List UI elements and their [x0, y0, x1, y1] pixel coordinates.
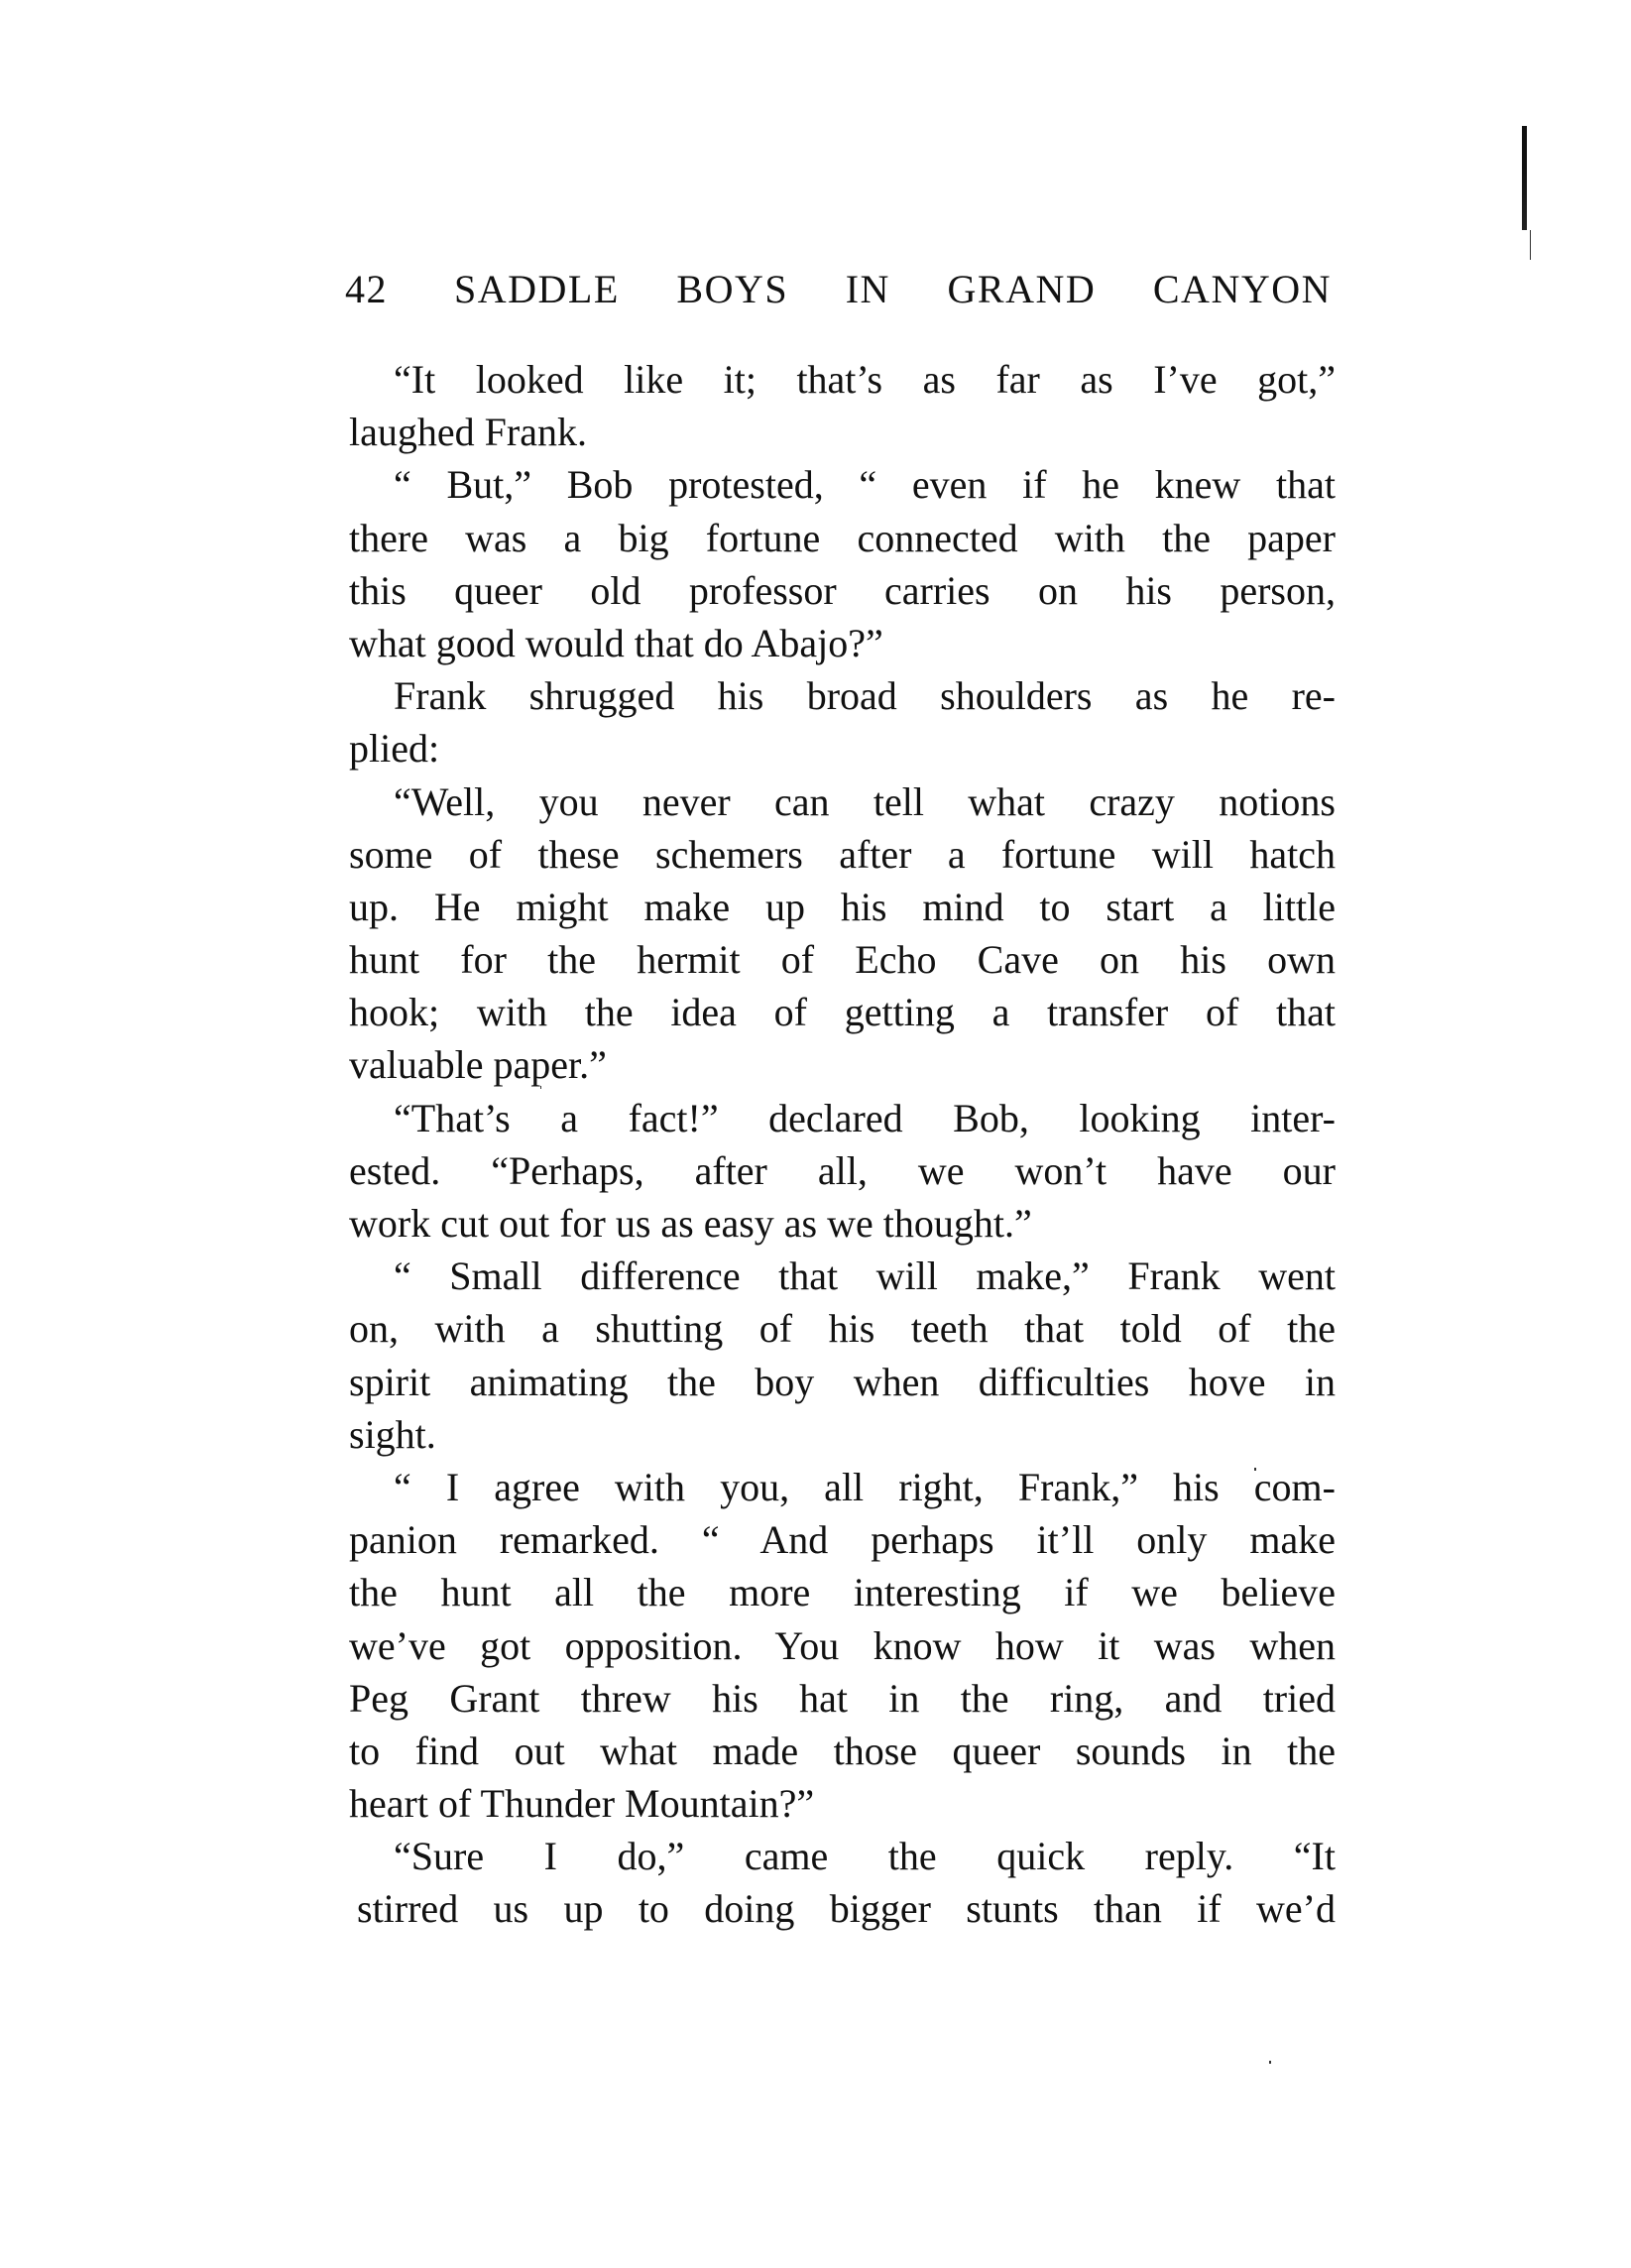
text-line: “ Small difference that will make,” Fran… [349, 1250, 1336, 1302]
text-line: Peg Grant threw his hat in the ring, and… [349, 1672, 1336, 1725]
scan-edge-mark [1522, 126, 1527, 230]
text-line: “That’s a fact!” declared Bob, looking i… [349, 1092, 1336, 1144]
text-line: there was a big fortune connected with t… [349, 512, 1336, 564]
text-line: plied: [349, 722, 1336, 775]
text-line: Frank shrugged his broad shoulders as he… [349, 669, 1336, 722]
text-line: “It looked like it; that’s as far as I’v… [349, 353, 1336, 406]
text-line: valuable paper.” [349, 1038, 1336, 1091]
text-line: spirit animating the boy when difficulti… [349, 1356, 1336, 1408]
text-line: up. He might make up his mind to start a… [349, 881, 1336, 933]
text-line: “ I agree with you, all right, Frank,” h… [349, 1461, 1336, 1513]
page-number: 42 [345, 266, 454, 312]
text-line: what good would that do Abajo?” [349, 617, 1336, 669]
text-line: sight. [349, 1408, 1336, 1461]
text-line: to find out what made those queer sounds… [349, 1725, 1336, 1777]
text-line: “Sure I do,” came the quick reply. “It [349, 1830, 1336, 1882]
body-text: “It looked like it; that’s as far as I’v… [349, 353, 1336, 1936]
text-line: the hunt all the more interesting if we … [349, 1566, 1336, 1618]
text-line: hook; with the idea of getting a transfe… [349, 986, 1336, 1038]
text-line: ested. “Perhaps, after all, we won’t hav… [349, 1144, 1336, 1197]
text-line: laughed Frank. [349, 406, 1336, 458]
text-line: hunt for the hermit of Echo Cave on his … [349, 933, 1336, 986]
scan-edge-mark-thin [1530, 230, 1531, 260]
running-head: 42 SADDLE BOYS IN GRAND CANYON [345, 266, 1332, 315]
text-line: work cut out for us as easy as we though… [349, 1197, 1336, 1250]
text-line: on, with a shutting of his teeth that to… [349, 1302, 1336, 1355]
text-line: we’ve got opposition. You know how it wa… [349, 1619, 1336, 1672]
text-line: “ But,” Bob protested, “ even if he knew… [349, 458, 1336, 511]
text-line: heart of Thunder Mountain?” [349, 1777, 1336, 1830]
text-line: some of these schemers after a fortune w… [349, 828, 1336, 881]
text-line: panion remarked. “ And perhaps it’ll onl… [349, 1513, 1336, 1566]
book-page: 42 SADDLE BOYS IN GRAND CANYON “It looke… [0, 0, 1631, 2268]
text-line: “Well, you never can tell what crazy not… [349, 776, 1336, 828]
scan-speck [1269, 2061, 1271, 2064]
text-line: this queer old professor carries on his … [349, 564, 1336, 617]
running-title: SADDLE BOYS IN GRAND CANYON [454, 266, 1332, 312]
text-line: stirred us up to doing bigger stunts tha… [349, 1882, 1336, 1935]
